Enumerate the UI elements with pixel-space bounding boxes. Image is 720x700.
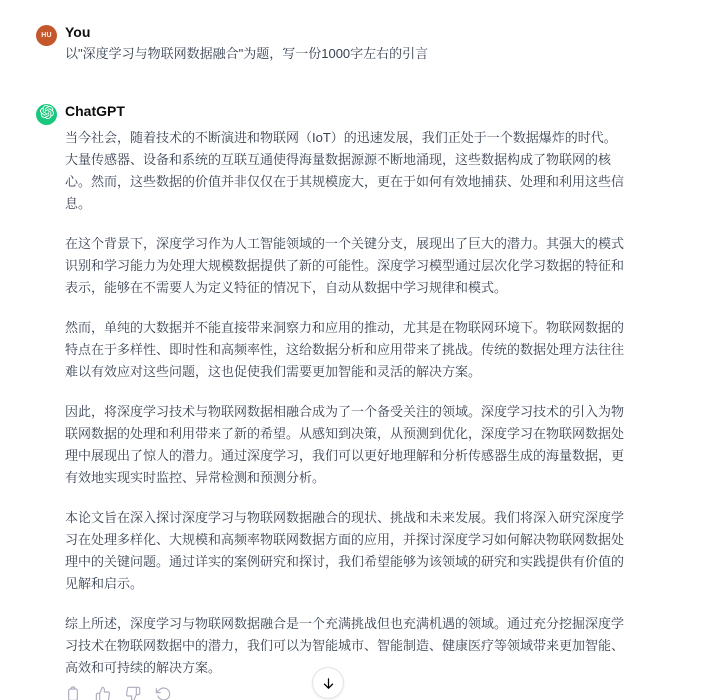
assistant-paragraph: 在这个背景下，深度学习作为人工智能领域的一个关键分支，展现出了巨大的潜力。其强大… xyxy=(65,233,631,299)
regenerate-button[interactable] xyxy=(154,685,171,700)
assistant-message: ChatGPT 当今社会，随着技术的不断演进和物联网（IoT）的迅速发展，我们正… xyxy=(36,103,720,700)
assistant-message-body: ChatGPT 当今社会，随着技术的不断演进和物联网（IoT）的迅速发展，我们正… xyxy=(65,103,631,700)
assistant-author-label: ChatGPT xyxy=(65,103,631,120)
assistant-paragraph: 综上所述，深度学习与物联网数据融合是一个充满挑战但也充满机遇的领域。通过充分挖掘… xyxy=(65,613,631,679)
thumbs-down-icon xyxy=(125,686,141,700)
clipboard-icon xyxy=(65,686,81,700)
chat-conversation: HU You 以"深度学习与物联网数据融合"为题，写一份1000字左右的引言 C… xyxy=(0,0,720,700)
regenerate-icon xyxy=(155,686,171,700)
scroll-to-bottom-button[interactable] xyxy=(312,667,344,699)
user-message-body: You 以"深度学习与物联网数据融合"为题，写一份1000字左右的引言 xyxy=(65,24,631,65)
user-avatar: HU xyxy=(36,25,57,46)
message-action-bar xyxy=(64,685,631,700)
assistant-paragraph: 然而，单纯的大数据并不能直接带来洞察力和应用的推动，尤其是在物联网环境下。物联网… xyxy=(65,317,631,383)
user-avatar-initials: HU xyxy=(41,32,52,39)
thumbs-down-button[interactable] xyxy=(124,685,141,700)
assistant-paragraph: 当今社会，随着技术的不断演进和物联网（IoT）的迅速发展，我们正处于一个数据爆炸… xyxy=(65,127,631,215)
assistant-message-text: 当今社会，随着技术的不断演进和物联网（IoT）的迅速发展，我们正处于一个数据爆炸… xyxy=(65,127,631,679)
assistant-paragraph: 本论文旨在深入探讨深度学习与物联网数据融合的现状、挑战和未来发展。我们将深入研究… xyxy=(65,507,631,595)
copy-button[interactable] xyxy=(64,685,81,700)
assistant-paragraph: 因此，将深度学习技术与物联网数据相融合成为了一个备受关注的领域。深度学习技术的引… xyxy=(65,401,631,489)
user-author-label: You xyxy=(65,24,631,41)
openai-logo-icon xyxy=(40,105,54,124)
thumbs-up-icon xyxy=(95,686,111,700)
chatgpt-avatar xyxy=(36,104,57,125)
thumbs-up-button[interactable] xyxy=(94,685,111,700)
arrow-down-icon xyxy=(321,676,336,691)
user-message-text: 以"深度学习与物联网数据融合"为题，写一份1000字左右的引言 xyxy=(65,43,631,65)
user-message: HU You 以"深度学习与物联网数据融合"为题，写一份1000字左右的引言 xyxy=(36,24,720,65)
